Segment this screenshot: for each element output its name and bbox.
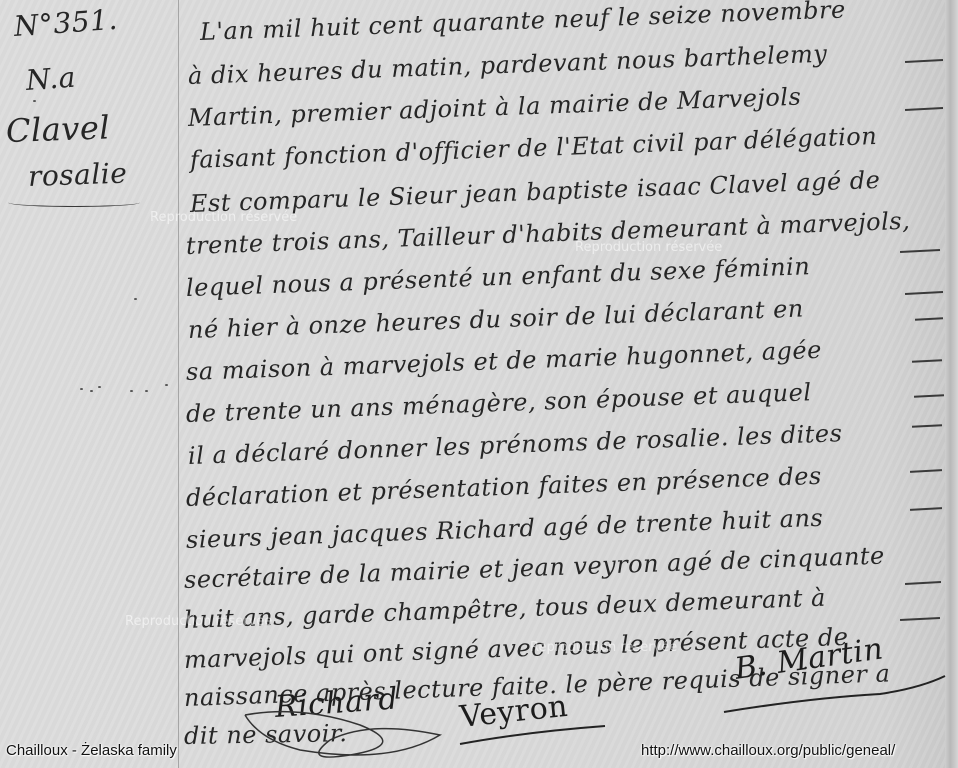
signature-flourish <box>240 695 460 765</box>
scanned-document-page: N°351. N.a Clavel rosalie L'an mil huit … <box>0 0 958 768</box>
watermark: Reproduction réservée <box>125 614 272 630</box>
gender-mark: N.a <box>25 61 77 97</box>
line-filler-dash <box>905 581 941 584</box>
line-filler-dash <box>905 107 943 110</box>
line-filler-dash <box>905 59 943 62</box>
source-url[interactable]: http://www.chailloux.org/public/geneal/ <box>641 742 895 759</box>
line-filler-dash <box>905 291 943 294</box>
family-caption: Chailloux - Żelaska family <box>6 742 177 759</box>
signature-flourish <box>455 722 615 752</box>
body-line: à dix heures du matin, pardevant nous ba… <box>188 40 828 90</box>
line-filler-dash <box>910 469 942 472</box>
line-filler-dash <box>910 507 942 510</box>
line-filler-dash <box>914 394 944 397</box>
body-line: faisant fonction d'officier de l'Etat ci… <box>190 122 878 174</box>
line-filler-dash <box>912 424 942 427</box>
body-line: Martin, premier adjoint à la mairie de M… <box>188 83 802 132</box>
record-number: N°351. <box>13 3 119 43</box>
body-line: de trente un ans ménagère, son épouse et… <box>186 378 812 428</box>
body-line: L'an mil huit cent quarante neuf le seiz… <box>200 0 847 46</box>
line-filler-dash <box>915 317 943 320</box>
margin-underline <box>8 198 140 207</box>
watermark: Reproduction réservée <box>150 210 297 226</box>
body-line: déclaration et présentation faites en pr… <box>186 462 823 512</box>
body-line: sa maison à marvejols et de marie hugonn… <box>186 336 823 386</box>
margin-rule <box>178 0 179 768</box>
watermark: Reproduction réservée <box>530 640 677 656</box>
signature-flourish <box>720 668 950 718</box>
watermark: Reproduction réservée <box>575 240 722 256</box>
page-binding-edge <box>945 0 958 768</box>
body-line: né hier à onze heures du soir de lui déc… <box>188 295 805 344</box>
line-filler-dash <box>900 617 940 621</box>
margin-surname: Clavel <box>5 108 110 150</box>
line-filler-dash <box>912 359 942 362</box>
body-line: lequel nous a présenté un enfant du sexe… <box>186 252 811 302</box>
line-filler-dash <box>900 249 940 253</box>
margin-given-name: rosalie <box>27 157 127 193</box>
body-line: il a déclaré donner les prénoms de rosal… <box>188 419 843 470</box>
